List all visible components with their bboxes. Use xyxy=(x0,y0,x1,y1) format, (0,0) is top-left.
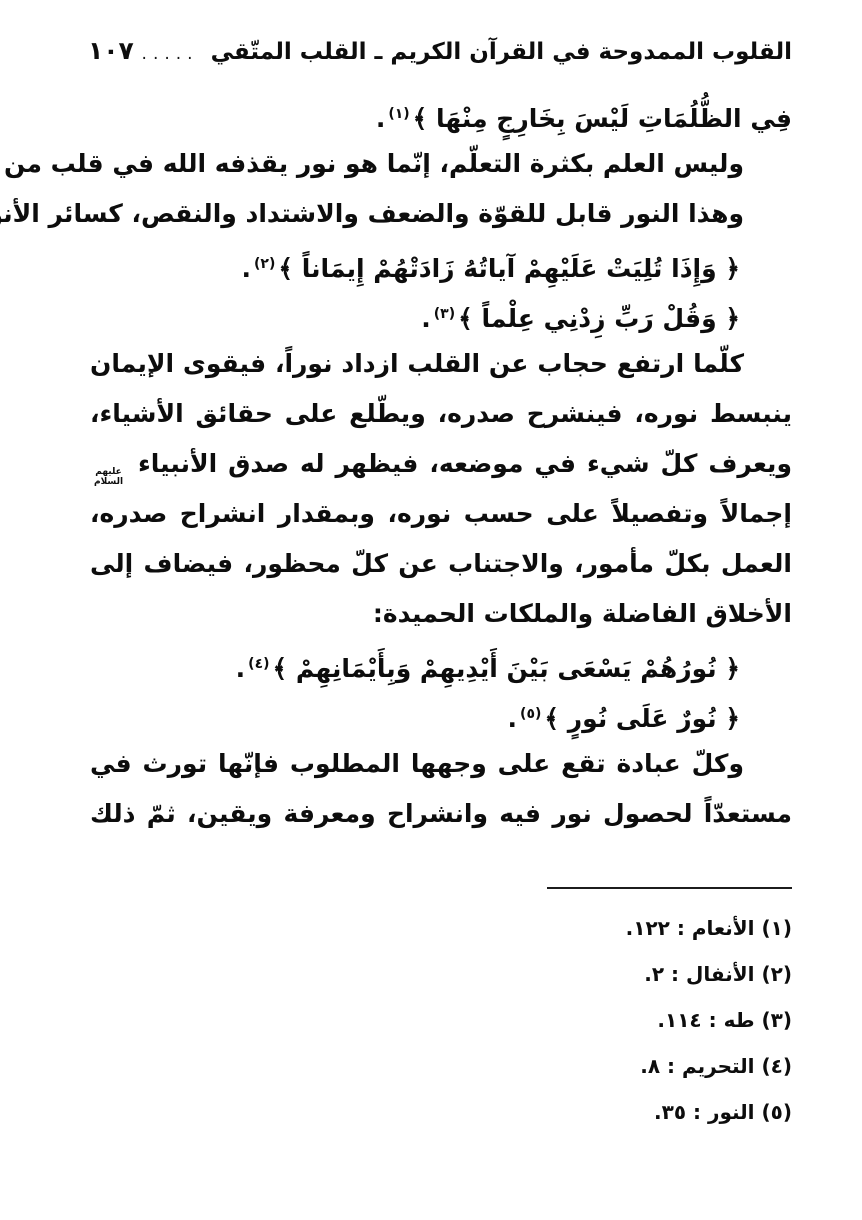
book-page: القلوب الممدوحة في القرآن الكريم ـ القلب… xyxy=(0,0,862,1220)
footnote-item: (١) الأنعام : ١٢٢. xyxy=(90,905,792,951)
footnote-list: (١) الأنعام : ١٢٢. (٢) الأنفال : ٢. (٣) … xyxy=(90,905,792,1135)
text-line: وهذا النور قابل للقوّة والضعف والاشتداد … xyxy=(90,189,792,239)
honorific-bottom: السلام xyxy=(94,477,123,487)
text-line: وليس العلم بكثرة التعلّم، إنّما هو نور ي… xyxy=(90,139,792,189)
footnote-item: (٤) التحريم : ٨. xyxy=(90,1043,792,1089)
running-title: القلوب الممدوحة في القرآن الكريم ـ القلب… xyxy=(211,39,792,65)
sentence-period: . xyxy=(241,254,251,283)
page-number: ١٠٧ xyxy=(88,36,134,65)
verse-text: ﴿ وَإِذَا تُلِيَتْ عَلَيْهِمْ آياتُهُ زَ… xyxy=(278,254,740,283)
footnote-ref-2: (٢) xyxy=(254,256,275,272)
footnotes-section: (١) الأنعام : ١٢٢. (٢) الأنفال : ٢. (٣) … xyxy=(0,887,862,1135)
honorific-top: عليهم xyxy=(95,467,122,477)
text-line: ويعرف كلّ شيء في موضعه، فيظهر له صدق الأ… xyxy=(90,439,792,489)
quran-verse-line: ﴿ نُورٌ عَلَى نُورٍ ﴾(٥). xyxy=(90,689,792,739)
footnote-item: (٢) الأنفال : ٢. xyxy=(90,951,792,997)
footnote-ref-1: (١) xyxy=(388,106,409,122)
text-segment: ويعرف كلّ شيء في موضعه، فيظهر له صدق الأ… xyxy=(138,449,792,478)
text-line: ينبسط نوره، فينشرح صدره، ويطّلع على حقائ… xyxy=(90,389,792,439)
verse-text: ﴿ نُورٌ عَلَى نُورٍ ﴾ xyxy=(544,704,740,733)
dot-leaders: .................... xyxy=(134,44,211,64)
sentence-period: . xyxy=(376,104,386,133)
footnote-ref-4: (٤) xyxy=(248,656,269,672)
quran-verse-line: ﴿ وَإِذَا تُلِيَتْ عَلَيْهِمْ آياتُهُ زَ… xyxy=(90,239,792,289)
footnote-ref-3: (٣) xyxy=(434,306,455,322)
verse-text: ﴿ نُورُهُمْ يَسْعَى بَيْنَ أَيْدِيهِمْ و… xyxy=(273,654,740,683)
alayhim-salam-symbol: عليهم السلام xyxy=(94,467,123,488)
text-line: إجمالاً وتفصيلاً على حسب نوره، وبمقدار ا… xyxy=(90,489,792,539)
verse-text: فِي الظُّلُمَاتِ لَيْسَ بِخَارِجٍ مِنْهَ… xyxy=(413,104,792,133)
text-line: كلّما ارتفع حجاب عن القلب ازداد نوراً، ف… xyxy=(90,339,792,389)
quran-continuation-line: فِي الظُّلُمَاتِ لَيْسَ بِخَارِجٍ مِنْهَ… xyxy=(90,89,792,139)
sentence-period: . xyxy=(421,304,431,333)
quran-verse-line: ﴿ وَقُلْ رَبِّ زِدْنِي عِلْماً ﴾(٣). xyxy=(90,289,792,339)
text-line: وكلّ عبادة تقع على وجهها المطلوب فإنّها … xyxy=(90,739,792,789)
sentence-period: . xyxy=(236,654,246,683)
footnote-item: (٥) النور : ٣٥. xyxy=(90,1089,792,1135)
quran-verse-line: ﴿ نُورُهُمْ يَسْعَى بَيْنَ أَيْدِيهِمْ و… xyxy=(90,639,792,689)
page-header: القلوب الممدوحة في القرآن الكريم ـ القلب… xyxy=(0,0,862,65)
footnote-ref-5: (٥) xyxy=(520,706,541,722)
footnote-separator xyxy=(547,887,792,889)
verse-text: ﴿ وَقُلْ رَبِّ زِدْنِي عِلْماً ﴾ xyxy=(458,304,740,333)
body-text: فِي الظُّلُمَاتِ لَيْسَ بِخَارِجٍ مِنْهَ… xyxy=(0,65,862,839)
text-line: الأخلاق الفاضلة والملكات الحميدة: xyxy=(90,589,792,639)
text-line: مستعدّاً لحصول نور فيه وانشراح ومعرفة وي… xyxy=(90,789,792,839)
text-line: العمل بكلّ مأمور، والاجتناب عن كلّ محظور… xyxy=(90,539,792,589)
footnote-item: (٣) طه : ١١٤. xyxy=(90,997,792,1043)
sentence-period: . xyxy=(508,704,518,733)
